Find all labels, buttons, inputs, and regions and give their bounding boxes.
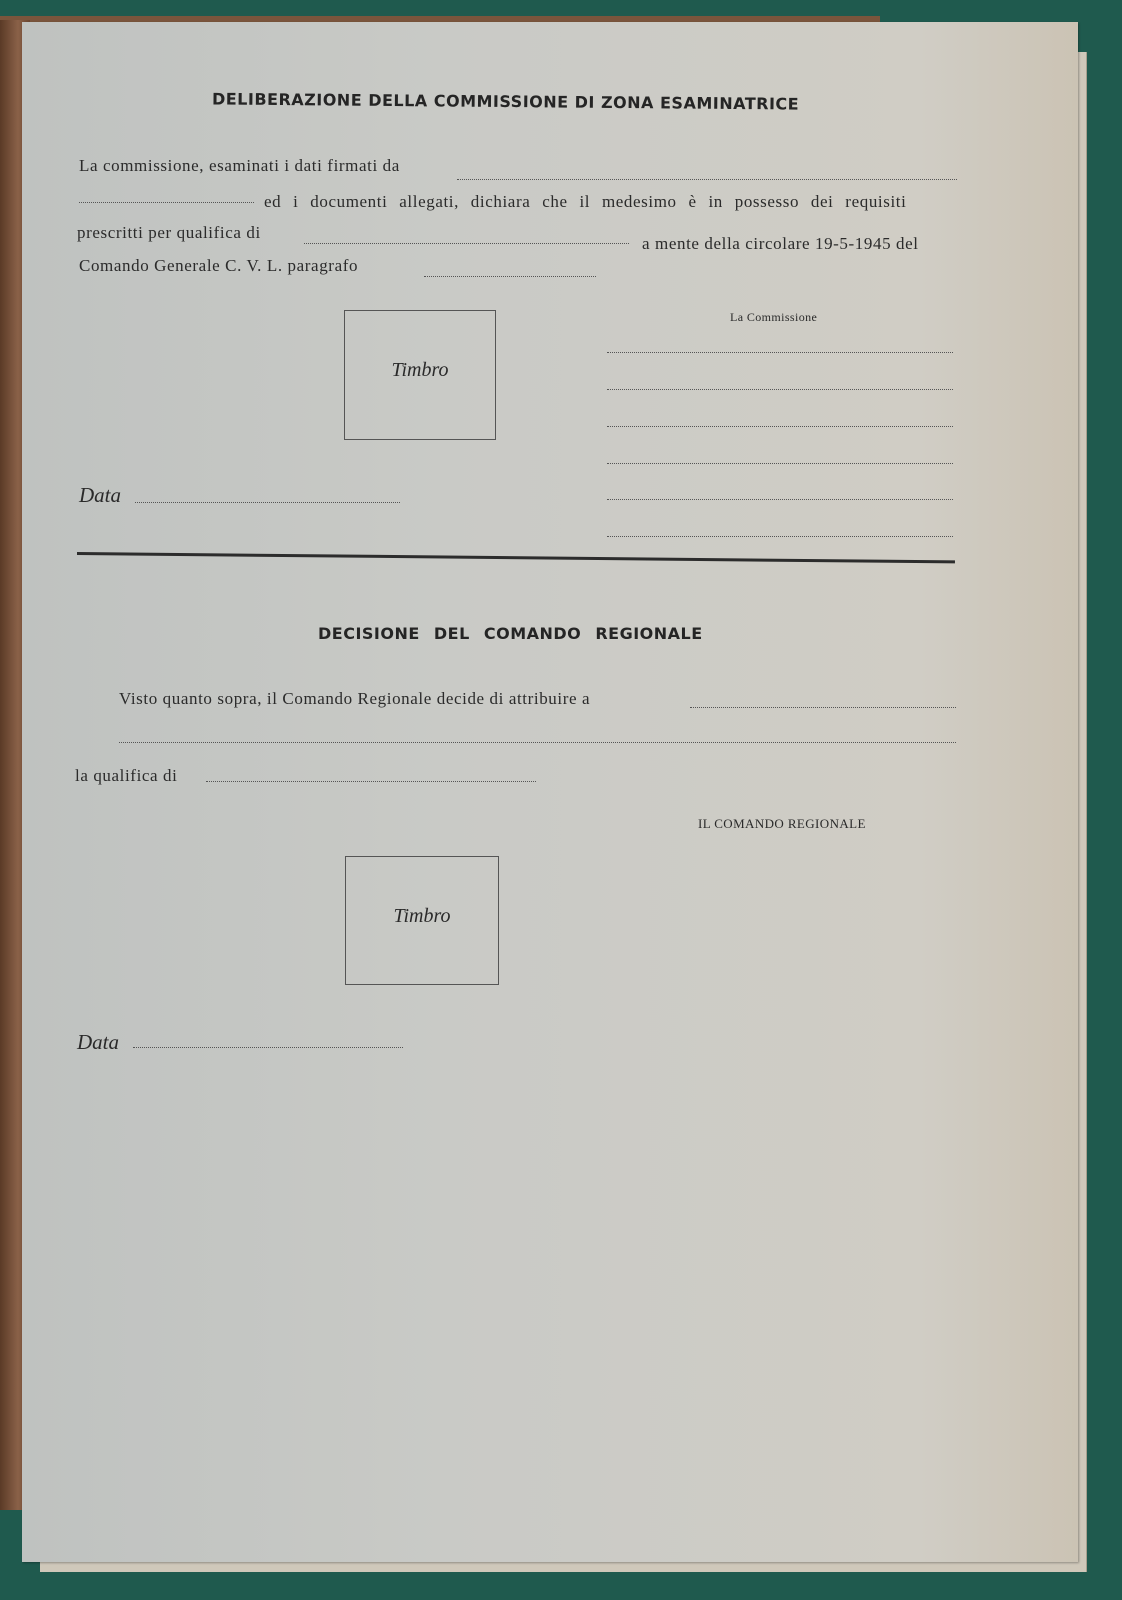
section2-date-label: Data: [77, 1030, 119, 1055]
assign-to-field-continued[interactable]: [119, 742, 956, 743]
section1-line3-text-a: prescritti per qualifica di: [77, 223, 261, 243]
section2-line3-text: la qualifica di: [75, 766, 177, 786]
qualification-field[interactable]: [304, 243, 629, 244]
commission-signature-line-4[interactable]: [607, 463, 953, 464]
stamp-label-2: Timbro: [346, 905, 498, 928]
commission-signature-line-5[interactable]: [607, 499, 953, 500]
document-page: DELIBERAZIONE DELLA COMMISSIONE DI ZONA …: [22, 22, 1078, 1562]
section1-line3-text-b: a mente della circolare 19-5-1945 del: [642, 234, 919, 254]
assigned-qualification-field[interactable]: [206, 781, 536, 782]
section2-title: DECISIONE DEL COMANDO REGIONALE: [318, 624, 703, 643]
commission-signature-line-3[interactable]: [607, 426, 953, 427]
paragraph-field[interactable]: [424, 276, 596, 277]
stamp-box-2: Timbro: [345, 856, 499, 985]
commission-signature-line-2[interactable]: [607, 389, 953, 390]
stamp-box-1: Timbro: [344, 310, 496, 440]
section2-date-field[interactable]: [133, 1047, 403, 1048]
commission-signature-line-1[interactable]: [607, 352, 953, 353]
section1-line2-text: ed i documenti allegati, dichiara che il…: [264, 192, 906, 212]
section1-line1-text: La commissione, esaminati i dati firmati…: [79, 156, 400, 176]
section1-date-field[interactable]: [135, 502, 400, 503]
commission-signature-line-6[interactable]: [607, 536, 953, 537]
section2-line1-text: Visto quanto sopra, il Comando Regionale…: [119, 689, 590, 709]
stamp-label-1: Timbro: [345, 359, 495, 382]
commission-signature-heading: La Commissione: [730, 310, 817, 325]
section1-title: DELIBERAZIONE DELLA COMMISSIONE DI ZONA …: [212, 89, 799, 113]
section1-line4-text: Comando Generale C. V. L. paragrafo: [79, 256, 358, 276]
signed-by-field-continued[interactable]: [79, 202, 254, 203]
regional-command-signature-heading: IL COMANDO REGIONALE: [698, 816, 866, 832]
signed-by-field[interactable]: [457, 179, 957, 180]
section1-date-label: Data: [79, 483, 121, 508]
assign-to-field[interactable]: [690, 707, 956, 708]
section-divider: [77, 552, 955, 563]
